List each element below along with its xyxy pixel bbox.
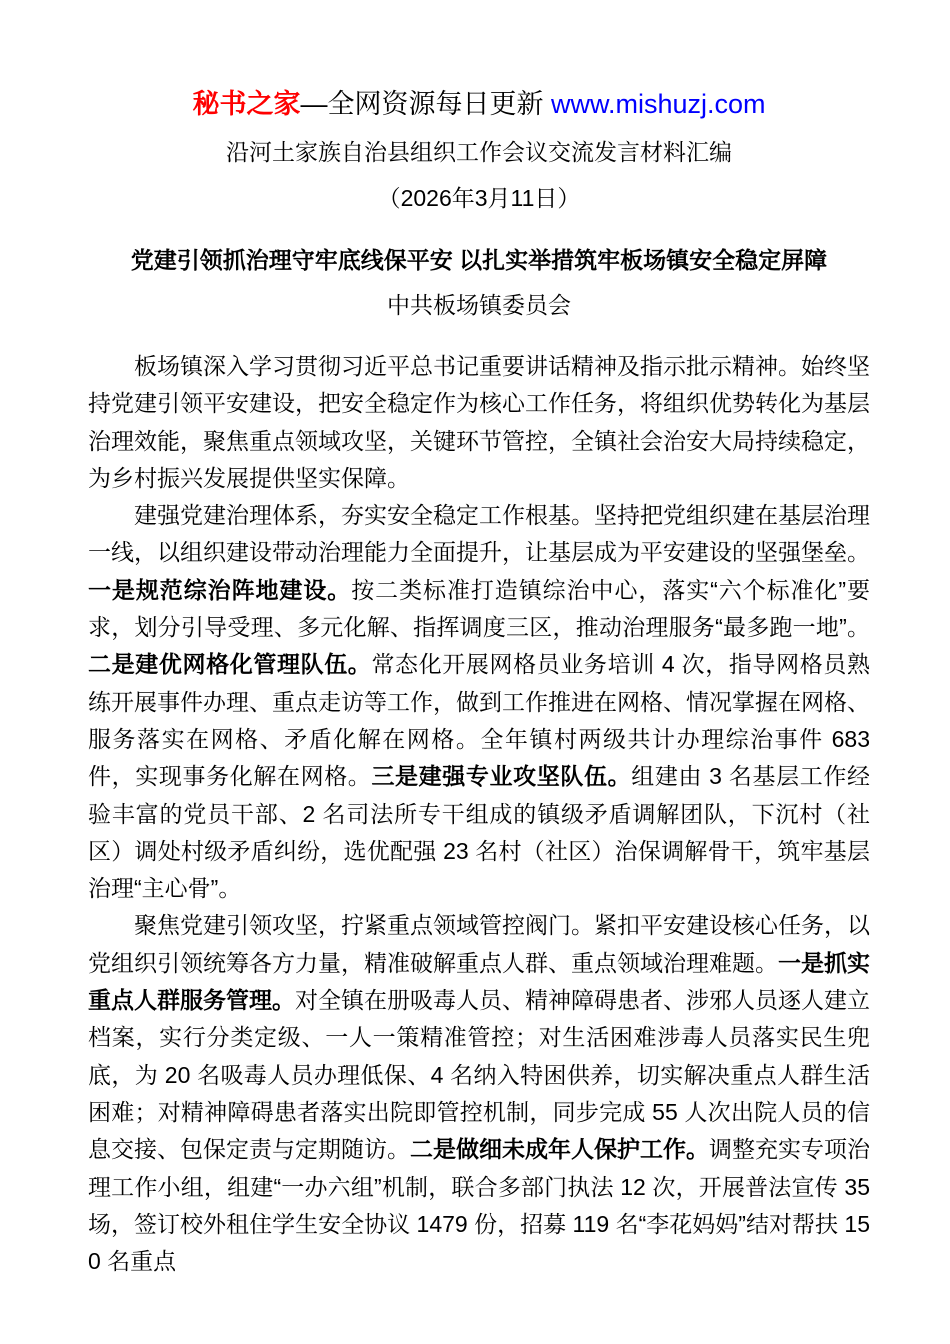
article-author: 中共板场镇委员会 — [88, 289, 870, 322]
article-body: 板场镇深入学习贯彻习近平总书记重要讲话精神及指示批示精神。始终坚持党建引领平安建… — [88, 348, 870, 1280]
site-tagline: —全网资源每日更新 — [300, 89, 551, 119]
emphasis-run: 三是建强专业攻坚队伍。 — [371, 763, 631, 789]
article-title: 党建引领抓治理守牢底线保平安 以扎实举措筑牢板场镇安全稳定屏障 — [88, 243, 870, 277]
text-run: 聚焦党建引领攻坚，拧紧重点领域管控阀门。紧扣平安建设核心任务，以党组织引领统筹各… — [88, 912, 870, 975]
site-header: 秘书之家—全网资源每日更新 www.mishuzj.com — [88, 86, 870, 122]
compilation-date: （2026年3月11日） — [88, 182, 870, 215]
document-page: 秘书之家—全网资源每日更新 www.mishuzj.com 沿河土家族自治县组织… — [0, 0, 950, 1344]
paragraph: 聚焦党建引领攻坚，拧紧重点领域管控阀门。紧扣平安建设核心任务，以党组织引领统筹各… — [88, 907, 870, 1280]
text-run: 板场镇深入学习贯彻习近平总书记重要讲话精神及指示批示精神。始终坚持党建引领平安建… — [88, 353, 870, 491]
emphasis-run: 二是建优网格化管理队伍。 — [88, 651, 371, 677]
compilation-title: 沿河土家族自治县组织工作会议交流发言材料汇编 — [88, 136, 870, 169]
paragraph: 板场镇深入学习贯彻习近平总书记重要讲话精神及指示批示精神。始终坚持党建引领平安建… — [88, 348, 870, 497]
emphasis-run: 一是规范综治阵地建设。 — [88, 577, 351, 603]
emphasis-run: 二是做细未成年人保护工作。 — [410, 1136, 709, 1162]
text-run: 建强党建治理体系，夯实安全稳定工作根基。坚持把党组织建在基层治理一线，以组织建设… — [88, 502, 870, 565]
site-url-link[interactable]: www.mishuzj.com — [551, 89, 766, 119]
site-name: 秘书之家 — [192, 89, 300, 119]
paragraph: 建强党建治理体系，夯实安全稳定工作根基。坚持把党组织建在基层治理一线，以组织建设… — [88, 497, 870, 907]
